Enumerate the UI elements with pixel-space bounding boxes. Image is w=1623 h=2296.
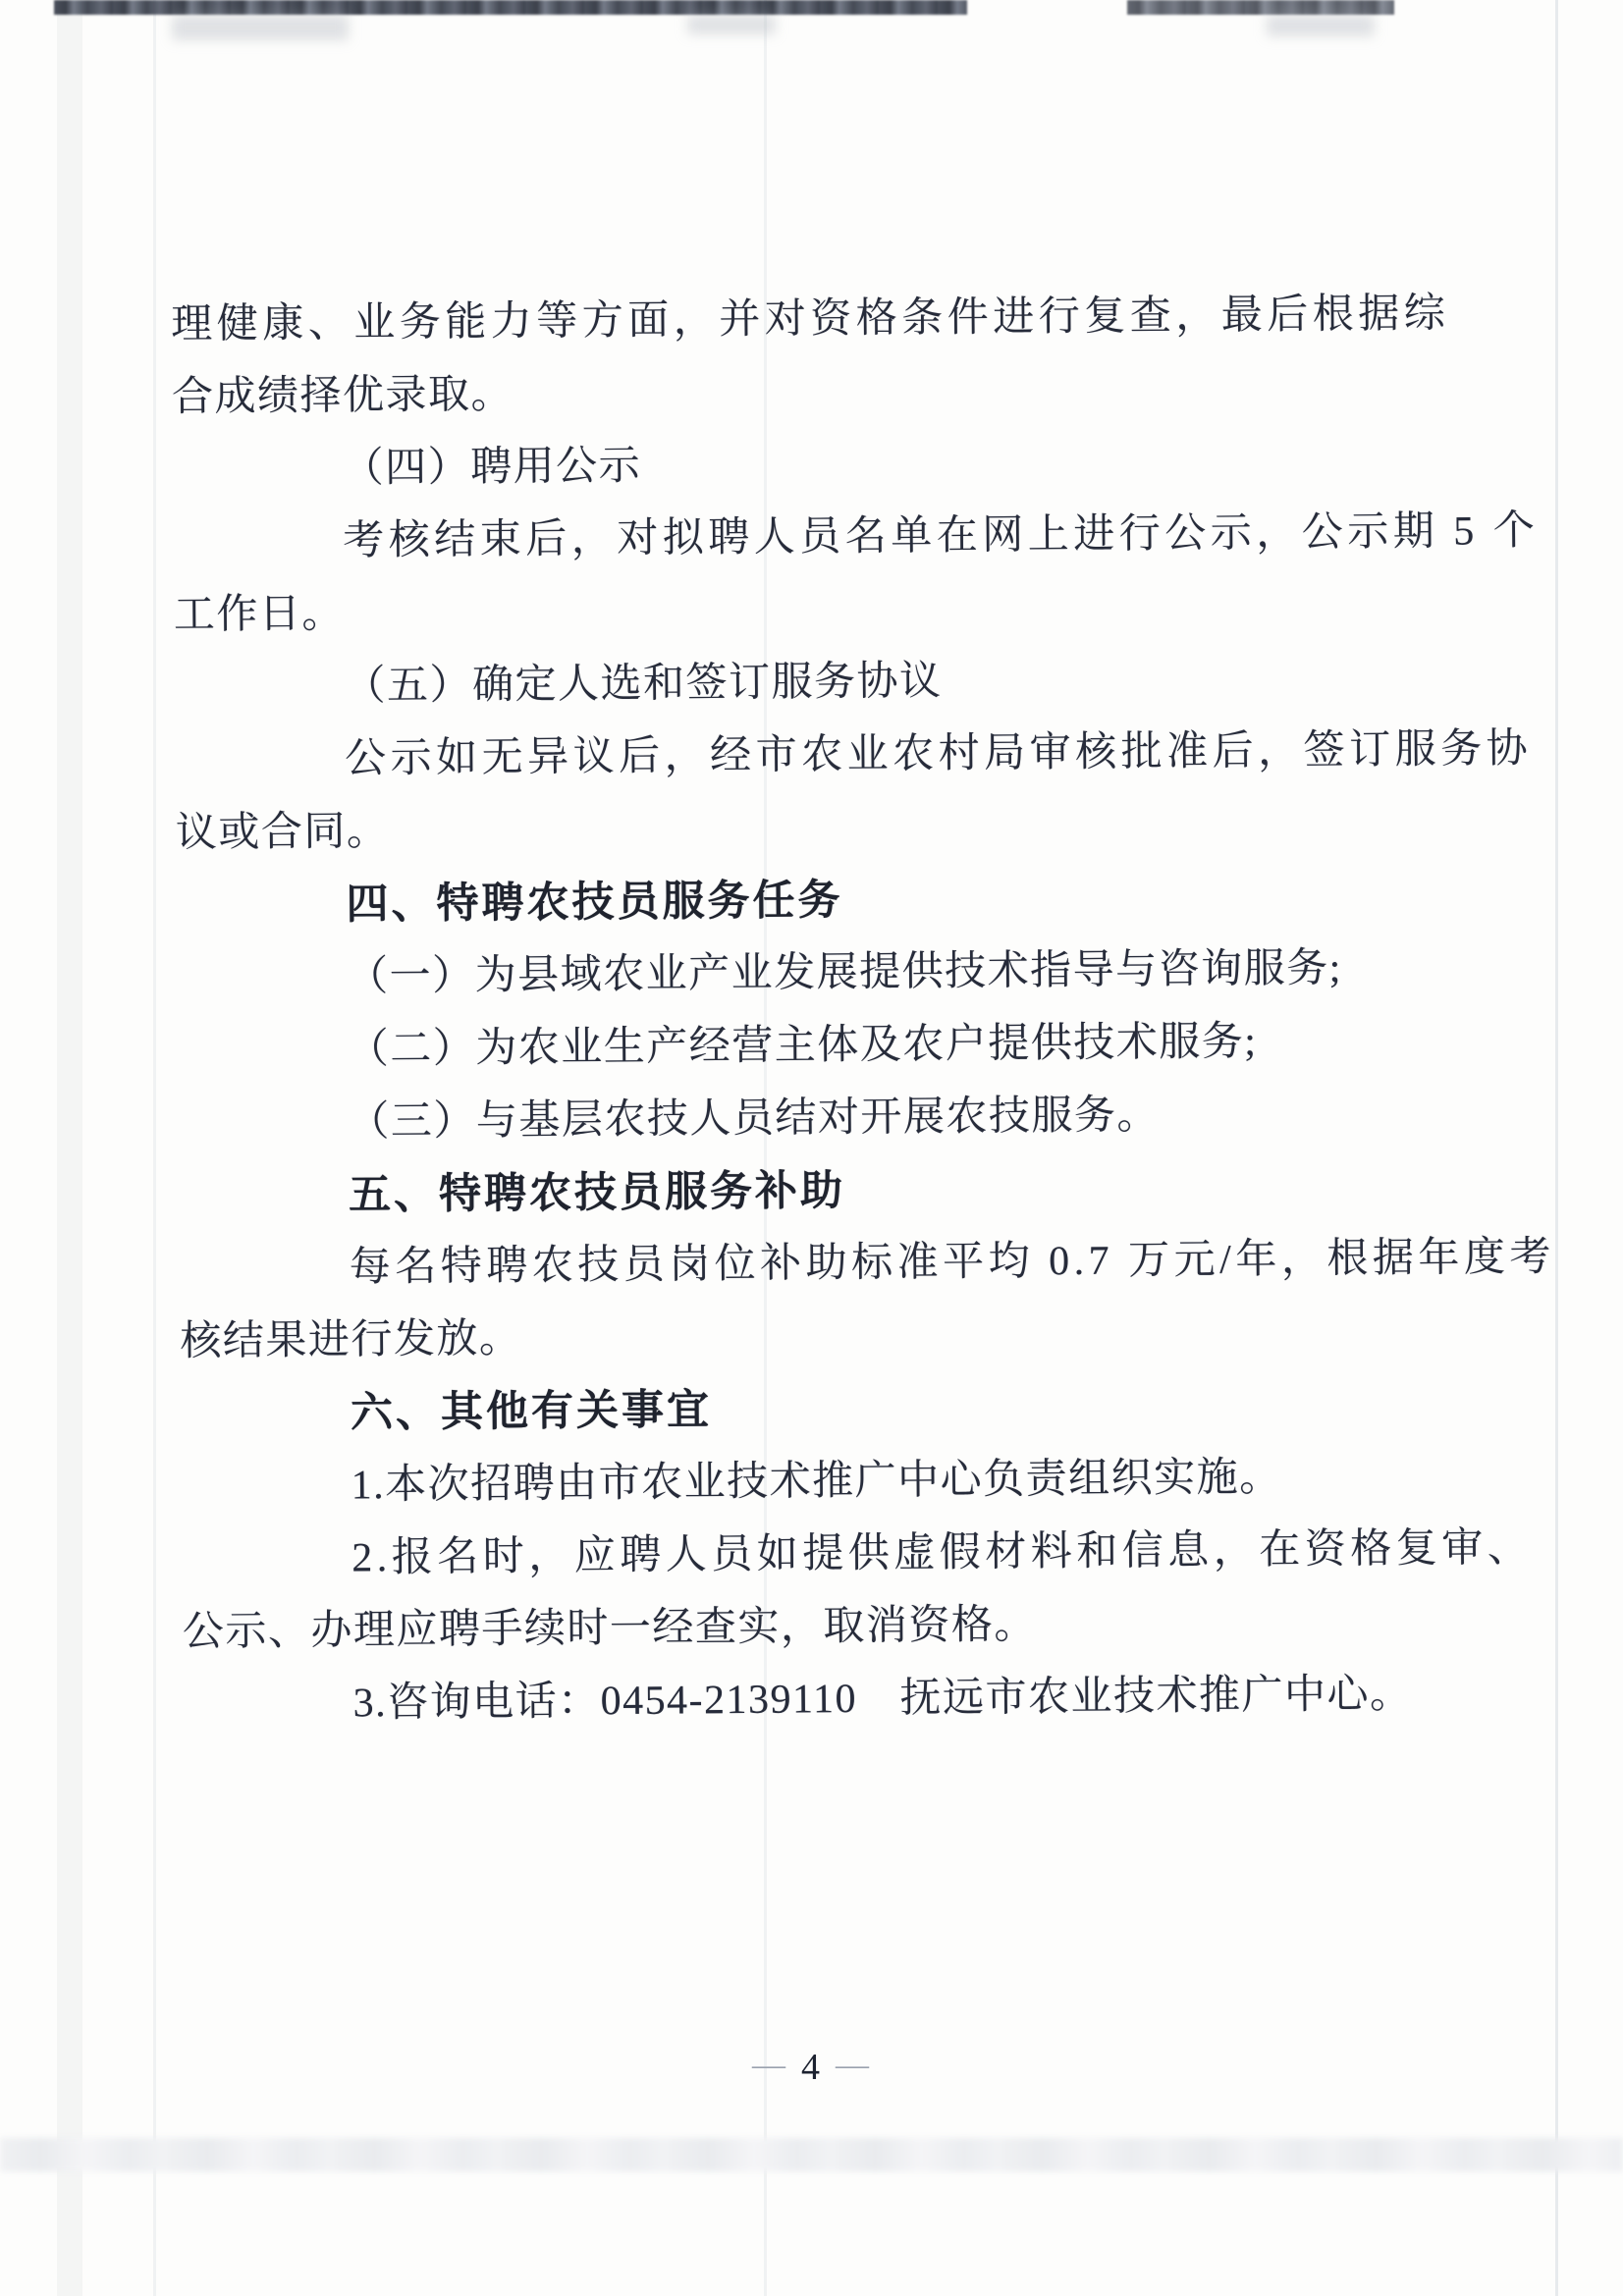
text-line: 1.本次招聘由市农业技术推广中心负责组织实施。 bbox=[181, 1440, 1468, 1523]
scan-smudge bbox=[1267, 15, 1375, 36]
section-heading: 六、其他有关事宜 bbox=[181, 1367, 1468, 1451]
page-number-right-dash: — bbox=[822, 2047, 885, 2083]
text-line: 3.咨询电话：0454-2139110 抚远市农业技术推广中心。 bbox=[183, 1658, 1470, 1741]
scanner-seam-line bbox=[1555, 0, 1558, 2296]
text-line: （五）确定人选和签订服务协议 bbox=[174, 641, 1461, 724]
document-body: 理健康、业务能力等方面，并对资格条件进行复查，最后根据综 合成绩择优录取。 （四… bbox=[171, 278, 1470, 1741]
scan-edge-top-band bbox=[1127, 0, 1394, 15]
page-number-left-dash: — bbox=[738, 2047, 801, 2083]
scanner-seam-line bbox=[153, 0, 156, 2296]
scan-smudge bbox=[172, 15, 349, 40]
text-line: 合成绩择优录取。 bbox=[172, 350, 1459, 434]
scan-left-edge-shading bbox=[57, 0, 82, 2296]
scan-smudge bbox=[687, 15, 776, 34]
page-number: 4 bbox=[801, 2047, 822, 2088]
section-heading: 五、特聘农技员服务补助 bbox=[179, 1149, 1466, 1233]
text-line: 核结果进行发放。 bbox=[180, 1295, 1467, 1378]
text-line: 每名特聘农技员岗位补助标准平均 0.7 万元/年，根据年度考 bbox=[179, 1222, 1466, 1306]
text-line: 公示、办理应聘手续时一经查实，取消资格。 bbox=[183, 1585, 1470, 1669]
text-line: 考核结束后，对拟聘人员名单在网上进行公示，公示期 5 个 bbox=[173, 496, 1460, 579]
text-line: （一）为县域农业产业发展提供技术指导与咨询服务; bbox=[177, 932, 1464, 1015]
scan-edge-bottom-band bbox=[0, 2138, 1623, 2171]
text-line: 工作日。 bbox=[174, 568, 1461, 652]
text-line: （二）为农业生产经营主体及农户提供技术服务; bbox=[177, 1004, 1464, 1088]
text-line: 2.报名时，应聘人员如提供虚假材料和信息，在资格复审、 bbox=[182, 1513, 1469, 1596]
text-line: 公示如无异议后，经市农业农村局审核批准后，签订服务协 bbox=[175, 714, 1462, 797]
scan-edge-top-band bbox=[54, 0, 967, 15]
text-line: 议或合同。 bbox=[176, 786, 1463, 870]
text-line: （三）与基层农技人员结对开展农技服务。 bbox=[178, 1077, 1465, 1160]
text-line: （四）聘用公示 bbox=[172, 423, 1459, 507]
text-line: 理健康、业务能力等方面，并对资格条件进行复查，最后根据综 bbox=[171, 278, 1458, 361]
section-heading: 四、特聘农技员服务任务 bbox=[176, 859, 1463, 942]
page-footer: —4— bbox=[0, 2044, 1623, 2091]
